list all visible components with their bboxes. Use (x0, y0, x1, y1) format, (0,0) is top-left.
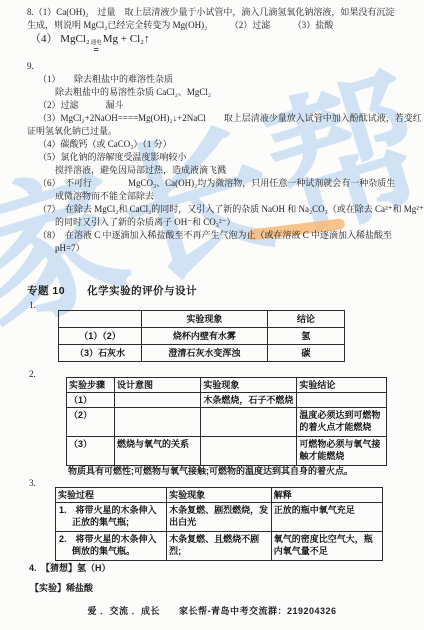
table-cell: 燃烧与氧气的关系 (115, 437, 201, 466)
table-cell: （3）石灰水 (59, 345, 142, 362)
table-cell: 澄清石灰水变浑浊 (141, 345, 267, 362)
table-cell (115, 408, 201, 437)
answer-9-line: pH=7） (55, 242, 85, 254)
answer-experiment: 【实验】稀盐酸 (30, 582, 93, 594)
table-row: （2） 温度必须达到可燃物的着火点才能燃烧 (67, 408, 387, 437)
table-header-cell: 实验过程 (56, 488, 167, 503)
table-cell (201, 408, 297, 437)
footer-text: 爱 ．交流 ．成长 家长帮-青岛中考交流群：219204326 (0, 604, 424, 617)
table-cell (297, 393, 387, 408)
table-cell: 2. 将带火星的木条伸入倒放的集气瓶。 (56, 532, 167, 561)
table-cell: 木条复燃、剧烈燃烧，发出白光 (167, 503, 272, 532)
table-header-cell: 实验现象 (141, 311, 267, 328)
answers-table-2: 实验步骤 设计意图 实验现象 实验结论 （1） 木条燃烧，石子不燃烧 （2） 温… (66, 377, 387, 466)
answers-table-1: 实验现象 结论 （1）（2） 烧杯内壁有水雾 氢 （3）石灰水 澄清石灰水变浑浊… (58, 310, 345, 362)
table-cell: （1）（2） (59, 328, 142, 345)
question-number-9: 9. (27, 60, 34, 72)
answer-9-line: 搅拌溶液，避免因局部过热，造成液滴飞溅 (55, 164, 226, 176)
answer-9-line: （4）碳酸钙（或 CaCO₃）（1 分） (38, 138, 172, 150)
table-row: 1. 将带火星的木条伸入正放的集气瓶; 木条复燃、剧烈燃烧，发出白光 正放的瓶中… (56, 503, 383, 532)
table-row: 2. 将带火星的木条伸入倒放的集气瓶。 木条复燃、且燃烧不剧烈; 氧气的密度比空… (56, 532, 383, 561)
table-cell: 氢 (267, 328, 344, 345)
table-row: （1） 木条燃烧，石子不燃烧 (67, 393, 387, 408)
answer-9-line: （7） 在除去 MgCl₂和 CaCl₂的同时，又引入了新的杂质 NaOH 和 … (38, 203, 424, 215)
table-cell: （1） (67, 393, 115, 408)
answer-9-line: 成微溶物而不能全部除去 (55, 190, 154, 202)
table-cell (201, 437, 297, 466)
table-header-cell: 实验步骤 (67, 378, 115, 393)
question-number-3: 3. (29, 477, 36, 489)
answer-9-line: （3）MgCl₂+2NaOH====Mg(OH)₂↓+2NaCl 取上层清液少量… (38, 112, 422, 124)
table-cell: 木条复燃、且燃烧不剧烈; (167, 532, 272, 561)
table-cell (115, 393, 201, 408)
table-header-cell: 解释 (271, 488, 382, 503)
answer-8-line-2: 生成，则说明 MgCl₂已经完全转变为 Mg(OH)₂ （2）过滤 （3）盐酸 (27, 19, 333, 31)
answer-9-line: （2）过滤 漏斗 (38, 99, 124, 111)
table-cell: 1. 将带火星的木条伸入正放的集气瓶; (56, 503, 167, 532)
table-header-cell (59, 311, 142, 328)
question-number-1: 1. (29, 299, 36, 311)
table-header-cell: 实验结论 (297, 378, 387, 393)
table-cell: （2） (67, 408, 115, 437)
equation-left: MgCl₂ (60, 33, 90, 45)
answer-9-line: （1） 除去粗盐中的难溶性杂质 (38, 73, 173, 85)
answer-9-line: 的同时又引入了新的杂质离子 OH⁻和 CO₃²⁻） (55, 216, 235, 228)
answer-4-guess: 4. 【猜想】氢（H） (29, 562, 111, 574)
table-cell: （3） (67, 437, 115, 466)
table-cell: 烧杯内壁有水雾 (141, 328, 267, 345)
table-cell: 可燃物必须与氧气接触才能燃烧 (297, 437, 387, 466)
table-header-cell: 实验现象 (201, 378, 297, 393)
equation-label: （4） (30, 33, 58, 45)
answer-9-line: 证明氢氧化钠已过量。 (27, 125, 117, 137)
answer-9-line: （5）氯化钠的溶解度受温度影响较小 (38, 151, 187, 163)
table-cell: 木条燃烧，石子不燃烧 (201, 393, 297, 408)
document-page: 家长帮 8.（1）Ca(OH)₂ 过量 取上层清液少量于小试管中，滴入几滴氢氧化… (0, 0, 424, 630)
table-cell: 正放的瓶中氧气充足 (271, 503, 382, 532)
answer-9-line: 除去粗盐中的易溶性杂质 CaCl₂、MgCl₂ (55, 86, 211, 98)
section-heading: 专题 10 化学实验的评价与设计 (27, 283, 197, 298)
table-header-cell: 设计意图 (115, 378, 201, 393)
table-cell: 氧气的密度比空气大，瓶内氧气量不足 (271, 532, 382, 561)
answer-9-line: （6） 不可行 MgCO₃、Ca(OH)₂均为微溶物，只用任意一种试剂就会有一种… (38, 177, 395, 189)
equation-right: Mg + Cl₂↑ (103, 33, 150, 45)
answers-table-3: 实验过程 实验现象 解释 1. 将带火星的木条伸入正放的集气瓶; 木条复燃、剧烈… (55, 487, 383, 561)
table-row: （3） 燃烧与氧气的关系 可燃物必须与氧气接触才能燃烧 (67, 437, 387, 466)
table-cell: 温度必须达到可燃物的着火点才能燃烧 (297, 408, 387, 437)
question-number-2: 2. (29, 368, 36, 380)
table-row: （3）石灰水 澄清石灰水变浑浊 碳 (59, 345, 345, 362)
answer-9-line: （8） 在溶液 C 中逐滴加入稀盐酸至不再产生气泡为止（或在溶液 C 中逐滴加入… (38, 229, 392, 241)
table-footnote: 物质具有可燃性;可燃物与氧气接触;可燃物的温度达到其自身的着火点。 (68, 464, 353, 477)
table-cell: 碳 (267, 345, 344, 362)
equation-condition: 通电= (91, 41, 102, 56)
table-header-cell: 结论 (267, 311, 344, 328)
chemical-equation: （4） MgCl₂通电=Mg + Cl₂↑ (30, 33, 150, 56)
table-row: （1）（2） 烧杯内壁有水雾 氢 (59, 328, 345, 345)
table-header-cell: 实验现象 (167, 488, 272, 503)
answer-8-line-1: 8.（1）Ca(OH)₂ 过量 取上层清液少量于小试管中，滴入几滴氢氧化钠溶液，… (27, 6, 394, 18)
